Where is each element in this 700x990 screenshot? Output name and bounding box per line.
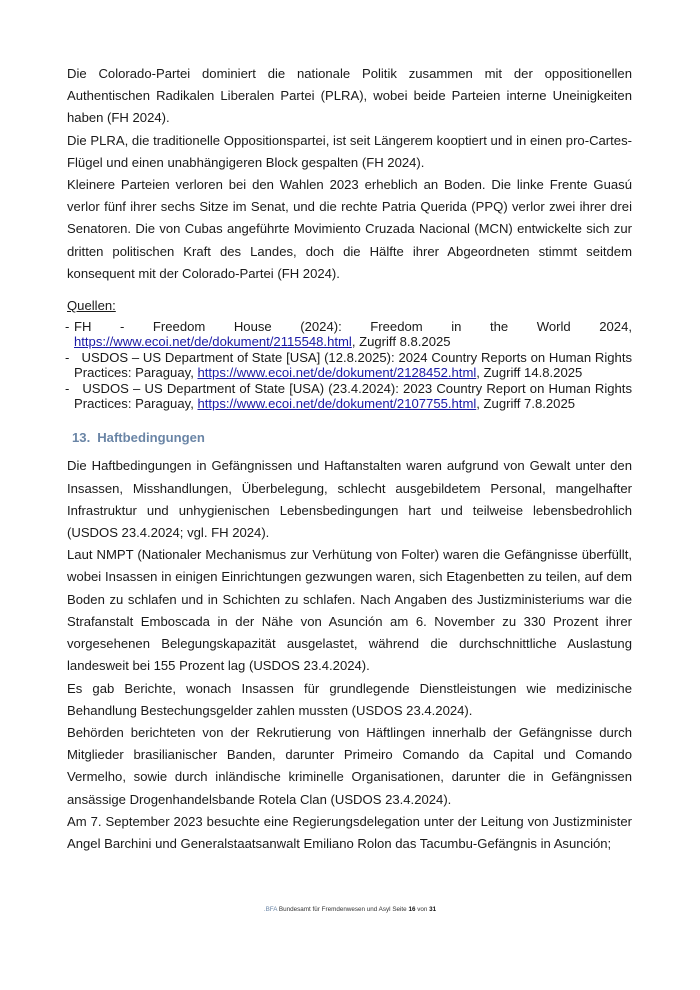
source-access-date: , Zugriff 7.8.2025 [476,396,575,411]
paragraph-haftbedingungen: Die Haftbedingungen in Gefängnissen und … [67,455,632,544]
list-dash: - [65,381,69,396]
source-link[interactable]: https://www.ecoi.net/de/dokument/2115548… [74,334,352,349]
paragraph-kleinere-parteien: Kleinere Parteien verloren bei den Wahle… [67,174,632,285]
paragraph-rekrutierung: Behörden berichteten von der Rekrutierun… [67,722,632,811]
section-number: 13. [72,430,90,445]
source-item: - FH - Freedom House (2024): Freedom in … [67,319,632,350]
page-total: 31 [429,906,436,913]
section-heading: 13.Haftbedingungen [72,429,632,447]
source-access-date: , Zugriff 8.8.2025 [352,334,451,349]
list-dash: - [65,319,69,334]
paragraph-bestechung: Es gab Berichte, wonach Insassen für gru… [67,678,632,722]
sources-list: - FH - Freedom House (2024): Freedom in … [67,319,632,411]
page-footer: .BFA Bundesamt für Fremdenwesen und Asyl… [0,906,700,913]
bfa-logo: .BFA [264,906,277,913]
list-dash: - [65,350,69,365]
footer-page-label: Seite [392,906,406,913]
page-current: 16 [408,906,415,913]
paragraph-colorado-partei: Die Colorado-Partei dominiert die nation… [67,63,632,130]
source-access-date: , Zugriff 14.8.2025 [476,365,582,380]
paragraph-september-besuch: Am 7. September 2023 besuchte eine Regie… [67,811,632,855]
footer-page-sep: von [417,906,427,913]
source-link[interactable]: https://www.ecoi.net/de/dokument/2107755… [197,396,476,411]
source-item: - USDOS – US Department of State [USA] (… [67,350,632,381]
source-text: FH - Freedom House (2024): Freedom in th… [74,319,632,334]
footer-org: Bundesamt für Fremdenwesen und Asyl [279,906,391,913]
source-item: - USDOS – US Department of State [USA) (… [67,381,632,412]
document-page: Die Colorado-Partei dominiert die nation… [67,63,632,855]
paragraph-plra: Die PLRA, die traditionelle Oppositionsp… [67,130,632,174]
sources-title: Quellen: [67,297,632,315]
section-title: Haftbedingungen [97,430,205,445]
source-link[interactable]: https://www.ecoi.net/de/dokument/2128452… [197,365,476,380]
paragraph-nmpt: Laut NMPT (Nationaler Mechanismus zur Ve… [67,544,632,677]
